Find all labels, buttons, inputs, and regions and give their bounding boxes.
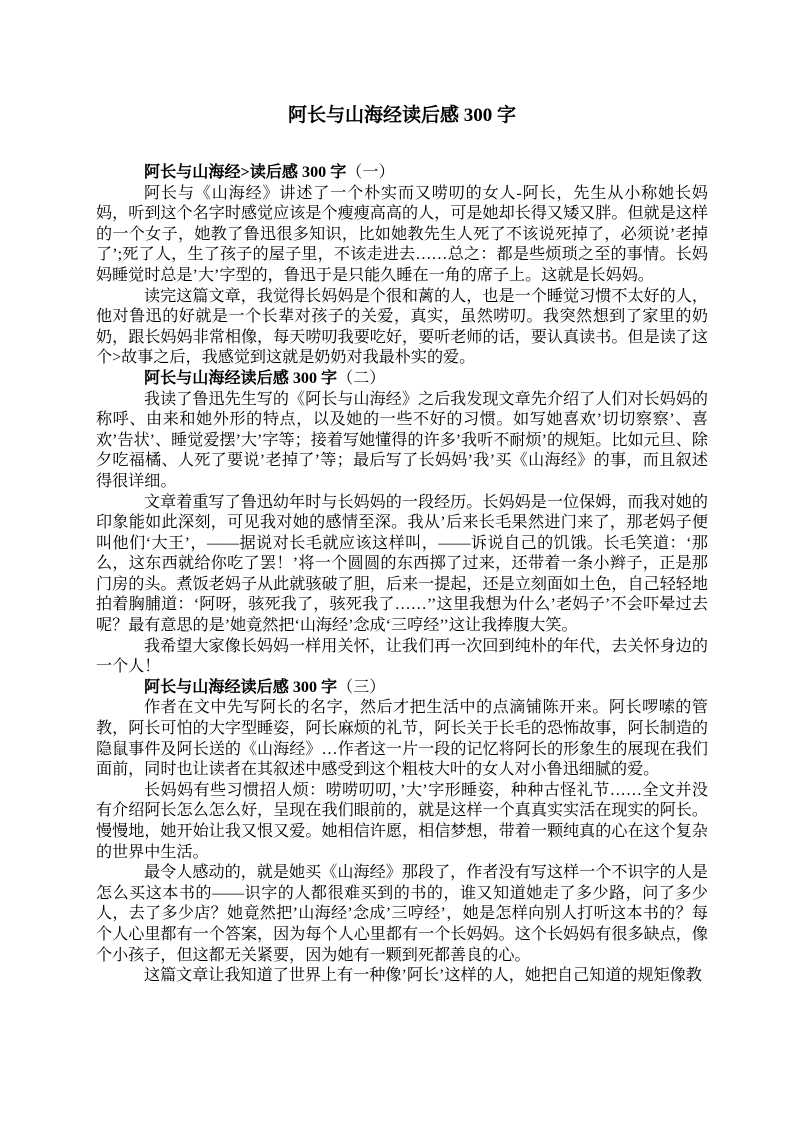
section-heading-3-text: 阿长与山海经读后感 300 字 — [144, 679, 337, 696]
page-content: 阿长与山海经读后感 300 字 阿长与山海经>读后感 300 字（一） 阿长与《… — [96, 104, 708, 987]
section-heading-1: 阿长与山海经>读后感 300 字（一） — [96, 163, 708, 184]
paragraph: 我读了鲁迅先生写的《阿长与山海经》之后我发现文章先介绍了人们对长妈妈的称呼、由来… — [96, 390, 708, 493]
document-body: 阿长与山海经>读后感 300 字（一） 阿长与《山海经》讲述了一个朴实而又唠叨的… — [96, 163, 708, 987]
section-heading-1-text: 阿长与山海经>读后感 300 字 — [144, 164, 346, 181]
paragraph: 长妈妈有些习惯招人烦：唠唠叨叨，’大’字形睡姿，种种古怪礼节……全文并没有介绍阿… — [96, 781, 708, 863]
document-page: 阿长与山海经读后感 300 字 阿长与山海经>读后感 300 字（一） 阿长与《… — [0, 0, 800, 1132]
section-heading-3-number: （三） — [337, 679, 385, 696]
paragraph: 作者在文中先写阿长的名字，然后才把生活中的点滴铺陈开来。阿长啰嗦的管教，阿长可怕… — [96, 698, 708, 780]
section-heading-1-number: （一） — [346, 164, 394, 181]
paragraph: 读完这篇文章，我觉得长妈妈是个很和蓠的人，也是一个睡觉习惯不太好的人，他对鲁迅的… — [96, 287, 708, 369]
section-heading-2: 阿长与山海经读后感 300 字（二） — [96, 369, 708, 390]
paragraph: 阿长与《山海经》讲述了一个朴实而又唠叨的女人-阿长，先生从小称她长妈妈，听到这个… — [96, 184, 708, 287]
paragraph: 这篇文章让我知道了世界上有一种像’阿长’这样的人，她把自己知道的规矩像教 — [96, 966, 708, 987]
paragraph: 我希望大家像长妈妈一样用关怀，让我们再一次回到纯朴的年代，去关怀身边的一个人！ — [96, 637, 708, 678]
paragraph: 文章着重写了鲁迅幼年时与长妈妈的一段经历。长妈妈是一位保姆，而我对她的印象能如此… — [96, 493, 708, 637]
section-heading-2-number: （二） — [337, 370, 385, 387]
section-heading-2-text: 阿长与山海经读后感 300 字 — [144, 370, 337, 387]
document-title: 阿长与山海经读后感 300 字 — [96, 104, 708, 128]
paragraph: 最令人感动的，就是她买《山海经》那段了，作者没有写这样一个不识字的人是怎么买这本… — [96, 863, 708, 966]
section-heading-3: 阿长与山海经读后感 300 字（三） — [96, 678, 708, 699]
